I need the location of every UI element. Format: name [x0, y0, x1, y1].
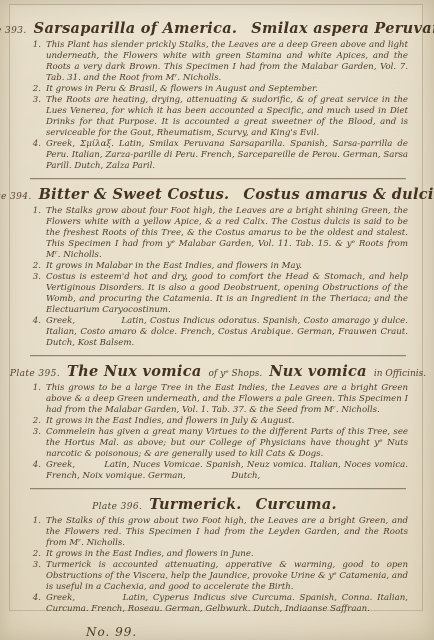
paragraph-number: 2. — [28, 416, 41, 427]
section-items: 1. This grows to be a large Tree in the … — [28, 383, 408, 482]
plate-number: Plate 395. — [10, 369, 60, 379]
paragraph-text: Turmerick is accounted attenuating, appe… — [46, 560, 408, 593]
numbered-paragraph: 2. It grows in the East Indies, and flow… — [28, 549, 408, 560]
numbered-paragraph: 1. This Plant has slender prickly Stalks… — [28, 40, 408, 84]
plate-number: Plate 393. — [0, 26, 27, 36]
paragraph-text: It grows in Peru & Brasil, & flowers in … — [46, 84, 408, 95]
section-items: 1. The Stalks grow about four Foot high,… — [28, 206, 408, 349]
paragraph-number: 2. — [28, 549, 41, 560]
paragraph-text: It grows in the East Indies, and flowers… — [46, 549, 408, 560]
paragraph-number: 4. — [28, 460, 41, 482]
paragraph-text: This grows to be a large Tree in the Eas… — [46, 383, 408, 416]
paragraph-text: Greek, Σμίλαξ. Latin, Smilax Peruvana Sa… — [46, 139, 408, 172]
plate-impression: Plate 393. Sarsaparilla of America. Smil… — [9, 4, 423, 611]
paragraph-number: 2. — [28, 261, 41, 272]
section-divider — [30, 178, 406, 179]
numbered-paragraph: 4. Greek, Latin, Cyperus Indicus sive Cu… — [28, 593, 408, 615]
section-latin-name: Curcuma. — [256, 496, 337, 513]
section-heading: Plate 393. Sarsaparilla of America. Smil… — [28, 20, 408, 37]
section-items: 1. This Plant has slender prickly Stalks… — [28, 40, 408, 172]
section-title-suffix: of yᵉ Shops. — [209, 369, 263, 379]
numbered-paragraph: 4. Greek, Σμίλαξ. Latin, Smilax Peruvana… — [28, 139, 408, 172]
section-plate-396: Plate 396. Turmerick. Curcuma. 1. The St… — [28, 496, 408, 615]
numbered-paragraph: 1. This grows to be a large Tree in the … — [28, 383, 408, 416]
paragraph-text: The Stalks of this grow about two Foot h… — [46, 516, 408, 549]
section-plate-394: Plate 394. Bitter & Sweet Costus. Costus… — [28, 186, 408, 349]
section-heading: Plate 394. Bitter & Sweet Costus. Costus… — [28, 186, 408, 203]
section-plate-393: Plate 393. Sarsaparilla of America. Smil… — [28, 20, 408, 172]
paragraph-number: 4. — [28, 316, 41, 349]
paragraph-text: It grows in Malabar in the East Indies, … — [46, 261, 408, 272]
numbered-paragraph: 3. Turmerick is accounted attenuating, a… — [28, 560, 408, 593]
paragraph-number: 1. — [28, 383, 41, 416]
numbered-paragraph: 4. Greek, Latin, Nuces Vomicae. Spanish,… — [28, 460, 408, 482]
paragraph-text: Commelein has given a great many Virtues… — [46, 427, 408, 460]
numbered-paragraph: 1. The Stalks of this grow about two Foo… — [28, 516, 408, 549]
section-items: 1. The Stalks of this grow about two Foo… — [28, 516, 408, 615]
numbered-paragraph: 3. Commelein has given a great many Virt… — [28, 427, 408, 460]
section-title: Sarsaparilla of America. — [34, 20, 238, 37]
numbered-paragraph: 3. Costus is esteem'd hot and dry, good … — [28, 272, 408, 316]
paragraph-number: 3. — [28, 272, 41, 316]
section-heading: Plate 396. Turmerick. Curcuma. — [28, 496, 408, 513]
section-divider — [30, 488, 406, 489]
paragraph-number: 3. — [28, 95, 41, 139]
section-title: Bitter & Sweet Costus. — [39, 186, 230, 203]
paragraph-text: The Stalks grow about four Foot high, th… — [46, 206, 408, 261]
paragraph-number: 1. — [28, 516, 41, 549]
section-title: Turmerick. — [149, 496, 241, 513]
numbered-paragraph: 2. It grows in Peru & Brasil, & flowers … — [28, 84, 408, 95]
section-latin-name: Smilax aspera Peruvana — [251, 20, 434, 37]
paragraph-text: Greek, Latin, Cyperus Indicus sive Curcu… — [46, 593, 408, 615]
sheet-number: No. 99. — [86, 625, 408, 639]
paragraph-number: 4. — [28, 139, 41, 172]
paragraph-number: 1. — [28, 40, 41, 84]
paragraph-number: 3. — [28, 560, 41, 593]
paragraph-text: Greek, Latin, Nuces Vomicae. Spanish, Ne… — [46, 460, 408, 482]
paragraph-text: Costus is esteem'd hot and dry, good to … — [46, 272, 408, 316]
section-title: The Nux vomica — [67, 363, 201, 380]
paragraph-number: 3. — [28, 427, 41, 460]
section-latin-name: Costus amarus & dulcis. — [243, 186, 434, 203]
plate-number: Plate 396. — [92, 502, 142, 512]
section-divider — [30, 355, 406, 356]
numbered-paragraph: 2. It grows in the East Indies, and flow… — [28, 416, 408, 427]
paragraph-text: This Plant has slender prickly Stalks, t… — [46, 40, 408, 84]
numbered-paragraph: 2. It grows in Malabar in the East Indie… — [28, 261, 408, 272]
numbered-paragraph: 3. The Roots are heating, drying, attenu… — [28, 95, 408, 139]
paragraph-number: 1. — [28, 206, 41, 261]
section-plate-395: Plate 395. The Nux vomica of yᵉ Shops. N… — [28, 363, 408, 482]
paragraph-number: 4. — [28, 593, 41, 615]
section-heading: Plate 395. The Nux vomica of yᵉ Shops. N… — [28, 363, 408, 380]
plate-number: Plate 394. — [0, 192, 32, 202]
numbered-paragraph: 4. Greek, Latin, Costus Indicus odoratus… — [28, 316, 408, 349]
section-latin-suffix: in Officinis. — [374, 369, 426, 379]
paragraph-text: The Roots are heating, drying, attenuati… — [46, 95, 408, 139]
paragraph-number: 2. — [28, 84, 41, 95]
section-latin-name: Nux vomica — [269, 363, 367, 380]
paragraph-text: It grows in the East Indies, and flowers… — [46, 416, 408, 427]
numbered-paragraph: 1. The Stalks grow about four Foot high,… — [28, 206, 408, 261]
document-page: Plate 393. Sarsaparilla of America. Smil… — [0, 0, 434, 640]
paragraph-text: Greek, Latin, Costus Indicus odoratus. S… — [46, 316, 408, 349]
